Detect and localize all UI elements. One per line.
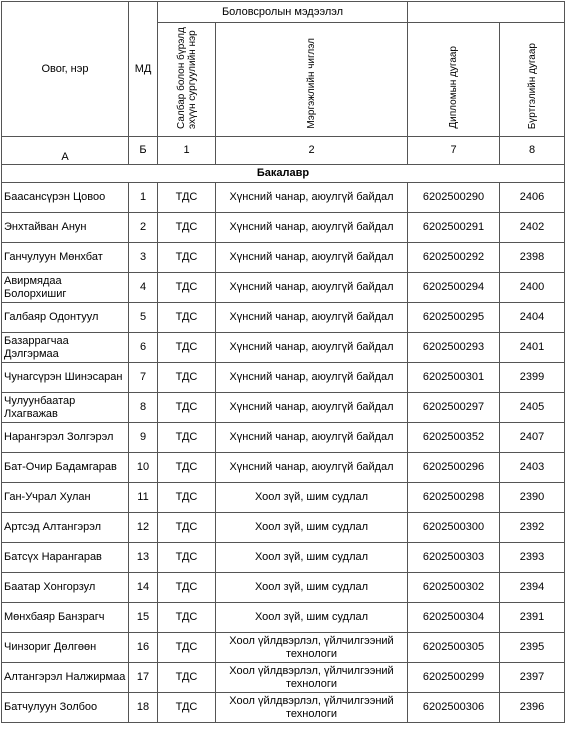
cell-md: 17 (129, 663, 158, 693)
table-row: Батсүх Нарангарав 13 ТДС Хоол зүй, шим с… (2, 543, 565, 573)
cell-branch: ТДС (158, 273, 216, 303)
header-empty-group (408, 2, 565, 23)
cell-diploma: 6202500293 (408, 333, 500, 363)
section-title: Бакалавр (2, 165, 565, 183)
graduates-table: Овог, нэр МД Боловсролын мэдээлэл Салбар… (1, 1, 565, 723)
cell-specialty: Хоол зүй, шим судлал (216, 543, 408, 573)
cell-diploma: 6202500292 (408, 243, 500, 273)
cell-specialty: Хүнсний чанар, аюулгүй байдал (216, 243, 408, 273)
cell-diploma: 6202500296 (408, 453, 500, 483)
cell-specialty: Хүнсний чанар, аюулгүй байдал (216, 303, 408, 333)
cell-specialty: Хүнсний чанар, аюулгүй байдал (216, 213, 408, 243)
cell-registration: 2390 (500, 483, 565, 513)
cell-md: 1 (129, 183, 158, 213)
table-row: Батчулуун Золбоо 18 ТДС Хоол үйлдвэрлэл,… (2, 693, 565, 723)
cell-name: Батсүх Нарангарав (2, 543, 129, 573)
cell-branch: ТДС (158, 453, 216, 483)
cell-md: 9 (129, 423, 158, 453)
table-row: Ган-Учрал Хулан 11 ТДС Хоол зүй, шим суд… (2, 483, 565, 513)
cell-name: Баатар Хонгорзул (2, 573, 129, 603)
cell-registration: 2401 (500, 333, 565, 363)
cell-name: Баасансүрэн Цовоо (2, 183, 129, 213)
cell-specialty: Хүнсний чанар, аюулгүй байдал (216, 183, 408, 213)
cell-specialty: Хоол үйлдвэрлэл, үйлчилгээний технологи (216, 633, 408, 663)
cell-md: 3 (129, 243, 158, 273)
cell-diploma: 6202500300 (408, 513, 500, 543)
cell-registration: 2400 (500, 273, 565, 303)
cell-branch: ТДС (158, 363, 216, 393)
cell-specialty: Хүнсний чанар, аюулгүй байдал (216, 363, 408, 393)
cell-registration: 2405 (500, 393, 565, 423)
header-specialty: Мэргэжлийн чиглэл (216, 23, 408, 137)
cell-branch: ТДС (158, 303, 216, 333)
cell-name: Ганчулуун Мөнхбат (2, 243, 129, 273)
header-diploma: Дипломын дугаар (408, 23, 500, 137)
table-row: Нарангэрэл Золгэрэл 9 ТДС Хүнсний чанар,… (2, 423, 565, 453)
cell-diploma: 6202500291 (408, 213, 500, 243)
header-registration: Бүртгэлийн дугаар (500, 23, 565, 137)
cell-specialty: Хүнсний чанар, аюулгүй байдал (216, 393, 408, 423)
cell-md: 15 (129, 603, 158, 633)
cell-md: 8 (129, 393, 158, 423)
cell-name: Батчулуун Золбоо (2, 693, 129, 723)
cell-diploma: 6202500302 (408, 573, 500, 603)
cell-branch: ТДС (158, 333, 216, 363)
cell-registration: 2398 (500, 243, 565, 273)
index-md: Б (129, 137, 158, 165)
cell-branch: ТДС (158, 603, 216, 633)
cell-specialty: Хүнсний чанар, аюулгүй байдал (216, 273, 408, 303)
index-name: А (2, 137, 129, 165)
cell-registration: 2407 (500, 423, 565, 453)
cell-name: Чулуунбаатар Лхагважав (2, 393, 129, 423)
cell-name: Базаррагчаа Дэлгэрмаа (2, 333, 129, 363)
cell-specialty: Хоол зүй, шим судлал (216, 573, 408, 603)
table-row: Артсэд Алтангэрэл 12 ТДС Хоол зүй, шим с… (2, 513, 565, 543)
cell-name: Галбаяр Одонтуул (2, 303, 129, 333)
cell-diploma: 6202500352 (408, 423, 500, 453)
cell-diploma: 6202500290 (408, 183, 500, 213)
cell-registration: 2393 (500, 543, 565, 573)
table-row: Чинзориг Дөлгөөн 16 ТДС Хоол үйлдвэрлэл,… (2, 633, 565, 663)
cell-diploma: 6202500306 (408, 693, 500, 723)
section-row: Бакалавр (2, 165, 565, 183)
table-row: Мөнхбаяр Банзрагч 15 ТДС Хоол зүй, шим с… (2, 603, 565, 633)
cell-name: Чунагсүрэн Шинэсаран (2, 363, 129, 393)
cell-branch: ТДС (158, 573, 216, 603)
cell-registration: 2406 (500, 183, 565, 213)
cell-registration: 2399 (500, 363, 565, 393)
cell-registration: 2396 (500, 693, 565, 723)
cell-registration: 2392 (500, 513, 565, 543)
cell-name: Нарангэрэл Золгэрэл (2, 423, 129, 453)
table-row: Авирмядаа Болорхишиг 4 ТДС Хүнсний чанар… (2, 273, 565, 303)
cell-branch: ТДС (158, 633, 216, 663)
index-specialty: 2 (216, 137, 408, 165)
cell-specialty: Хүнсний чанар, аюулгүй байдал (216, 333, 408, 363)
cell-diploma: 6202500299 (408, 663, 500, 693)
cell-name: Ган-Учрал Хулан (2, 483, 129, 513)
cell-registration: 2404 (500, 303, 565, 333)
cell-diploma: 6202500303 (408, 543, 500, 573)
cell-md: 18 (129, 693, 158, 723)
cell-md: 11 (129, 483, 158, 513)
header-branch: Салбар болон бүрэлд эхүүн сургуулийн нэр (158, 23, 216, 137)
table-row: Баасансүрэн Цовоо 1 ТДС Хүнсний чанар, а… (2, 183, 565, 213)
cell-branch: ТДС (158, 243, 216, 273)
cell-md: 2 (129, 213, 158, 243)
table-row: Чулуунбаатар Лхагважав 8 ТДС Хүнсний чан… (2, 393, 565, 423)
cell-registration: 2402 (500, 213, 565, 243)
table-row: Базаррагчаа Дэлгэрмаа 6 ТДС Хүнсний чана… (2, 333, 565, 363)
cell-name: Артсэд Алтангэрэл (2, 513, 129, 543)
cell-specialty: Хоол үйлдвэрлэл, үйлчилгээний технологи (216, 663, 408, 693)
cell-diploma: 6202500298 (408, 483, 500, 513)
cell-branch: ТДС (158, 483, 216, 513)
cell-md: 7 (129, 363, 158, 393)
cell-md: 10 (129, 453, 158, 483)
cell-branch: ТДС (158, 423, 216, 453)
cell-md: 5 (129, 303, 158, 333)
cell-diploma: 6202500294 (408, 273, 500, 303)
cell-md: 12 (129, 513, 158, 543)
cell-specialty: Хоол зүй, шим судлал (216, 513, 408, 543)
cell-md: 14 (129, 573, 158, 603)
cell-diploma: 6202500305 (408, 633, 500, 663)
cell-md: 4 (129, 273, 158, 303)
cell-registration: 2395 (500, 633, 565, 663)
cell-name: Чинзориг Дөлгөөн (2, 633, 129, 663)
table-header: Овог, нэр МД Боловсролын мэдээлэл Салбар… (2, 2, 565, 183)
cell-specialty: Хоол зүй, шим судлал (216, 603, 408, 633)
cell-registration: 2394 (500, 573, 565, 603)
cell-diploma: 6202500295 (408, 303, 500, 333)
cell-branch: ТДС (158, 543, 216, 573)
cell-specialty: Хоол үйлдвэрлэл, үйлчилгээний технологи (216, 693, 408, 723)
cell-specialty: Хүнсний чанар, аюулгүй байдал (216, 453, 408, 483)
cell-md: 16 (129, 633, 158, 663)
cell-branch: ТДС (158, 693, 216, 723)
table-row: Энхтайван Анун 2 ТДС Хүнсний чанар, аюул… (2, 213, 565, 243)
cell-diploma: 6202500304 (408, 603, 500, 633)
cell-diploma: 6202500301 (408, 363, 500, 393)
cell-registration: 2403 (500, 453, 565, 483)
table-row: Баатар Хонгорзул 14 ТДС Хоол зүй, шим су… (2, 573, 565, 603)
index-diploma: 7 (408, 137, 500, 165)
header-name: Овог, нэр (2, 2, 129, 137)
cell-name: Бат-Очир Бадамгарав (2, 453, 129, 483)
cell-registration: 2391 (500, 603, 565, 633)
index-row: А Б 1 2 7 8 (2, 137, 565, 165)
table-row: Бат-Очир Бадамгарав 10 ТДС Хүнсний чанар… (2, 453, 565, 483)
header-md: МД (129, 2, 158, 137)
cell-specialty: Хоол зүй, шим судлал (216, 483, 408, 513)
index-branch: 1 (158, 137, 216, 165)
cell-md: 13 (129, 543, 158, 573)
cell-diploma: 6202500297 (408, 393, 500, 423)
cell-branch: ТДС (158, 663, 216, 693)
table-row: Алтангэрэл Налжирмаа 17 ТДС Хоол үйлдвэр… (2, 663, 565, 693)
table-row: Ганчулуун Мөнхбат 3 ТДС Хүнсний чанар, а… (2, 243, 565, 273)
cell-branch: ТДС (158, 393, 216, 423)
header-education-group: Боловсролын мэдээлэл (158, 2, 408, 23)
cell-name: Авирмядаа Болорхишиг (2, 273, 129, 303)
cell-branch: ТДС (158, 183, 216, 213)
table-row: Галбаяр Одонтуул 5 ТДС Хүнсний чанар, аю… (2, 303, 565, 333)
cell-specialty: Хүнсний чанар, аюулгүй байдал (216, 423, 408, 453)
cell-branch: ТДС (158, 513, 216, 543)
cell-name: Алтангэрэл Налжирмаа (2, 663, 129, 693)
cell-name: Энхтайван Анун (2, 213, 129, 243)
table-body: Баасансүрэн Цовоо 1 ТДС Хүнсний чанар, а… (2, 183, 565, 723)
cell-branch: ТДС (158, 213, 216, 243)
index-registration: 8 (500, 137, 565, 165)
table-row: Чунагсүрэн Шинэсаран 7 ТДС Хүнсний чанар… (2, 363, 565, 393)
cell-name: Мөнхбаяр Банзрагч (2, 603, 129, 633)
cell-registration: 2397 (500, 663, 565, 693)
cell-md: 6 (129, 333, 158, 363)
